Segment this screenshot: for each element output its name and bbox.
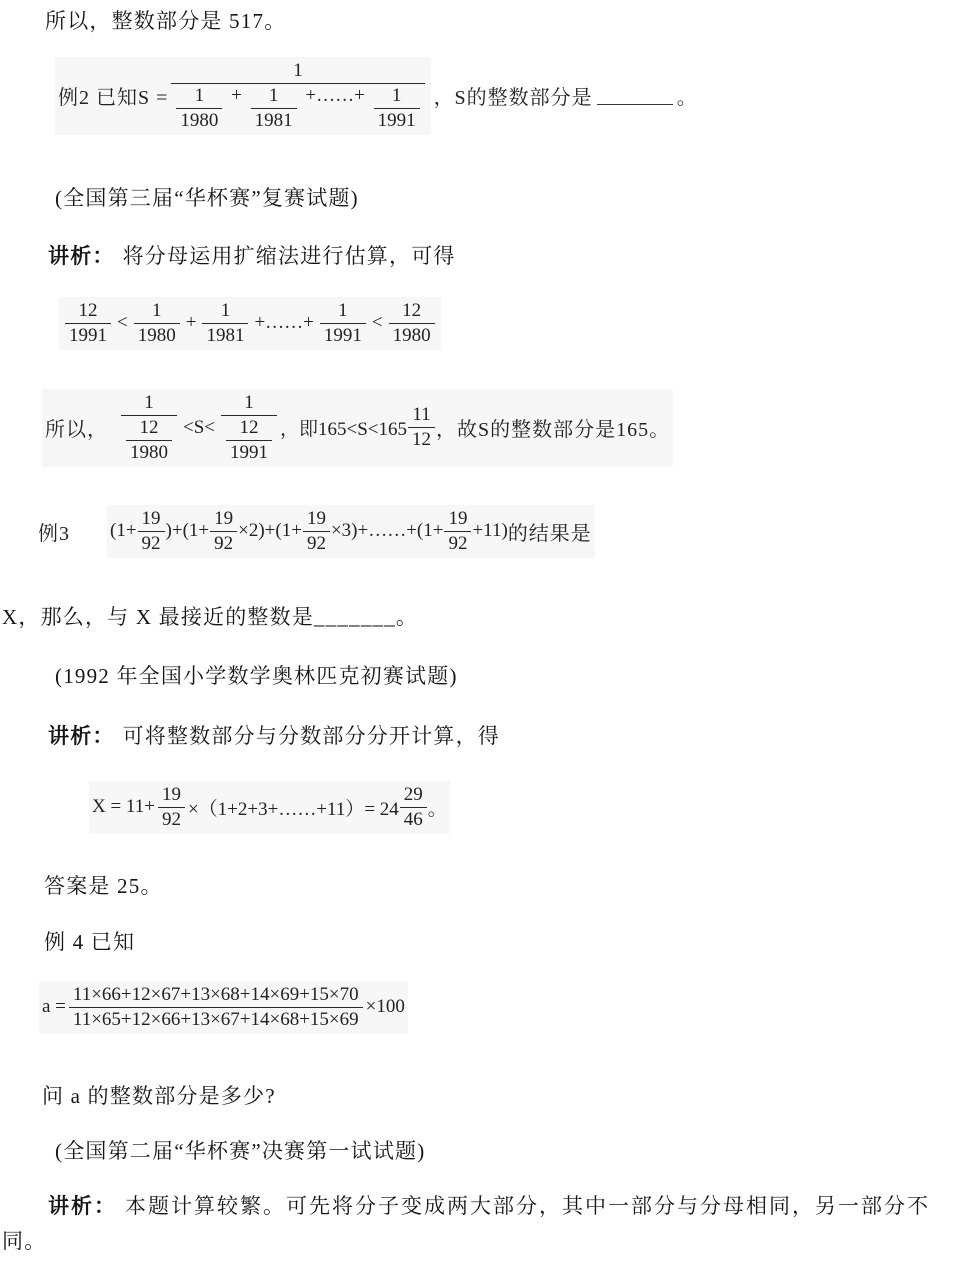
example2-source: (全国第三届“华杯赛”复赛试题)	[55, 185, 359, 211]
ellipsis-plus: +……+	[251, 312, 316, 334]
final-answer-text: ，故S的整数部分是165。	[436, 413, 670, 442]
continued-fraction-1: 1 12 1980	[121, 392, 177, 464]
inequality-formula: 12 1991 < 1 1980 + 1 1981 +……+ 1 1991 < …	[62, 300, 438, 347]
fraction-1-1981: 1 1981	[202, 300, 248, 347]
example2-question-text: ，S的整数部分是	[434, 81, 593, 110]
plus-sign: +	[228, 85, 245, 106]
less-than-sign: <	[114, 312, 131, 334]
period: 。	[677, 81, 698, 110]
less-than-sign: <	[369, 312, 386, 334]
example3-analysis-line: 讲析：可将整数部分与分数部分分开计算，得	[48, 723, 500, 749]
analysis-label: 讲析：	[48, 1194, 117, 1218]
inner-fraction-12-1980: 12 1980	[126, 417, 172, 464]
analysis-text: 本题计算较繁。可先将分子变成两大部分，其中一部分与分母相同，另一部分不	[125, 1194, 930, 1218]
big-fraction: 11×66+12×67+13×68+14×69+15×70 11×65+12×6…	[69, 984, 363, 1031]
mixed-fraction-11-12: 11 12	[408, 404, 435, 451]
example2-formula-line: 例2 已知S = 1 1 1980 + 1 1981 +……+ 1	[58, 60, 698, 132]
fraction-19-92: 19 92	[210, 508, 237, 555]
example3-wrap-line: X，那么，与 X 最接近的整数是_______。	[2, 604, 418, 630]
ellipsis-plus: +……+	[302, 85, 367, 106]
inner-fraction-12-1991: 12 1991	[226, 417, 272, 464]
example4-analysis-wrap: 同。	[2, 1228, 46, 1254]
fraction-29-46: 29 46	[400, 784, 427, 831]
example3-formula-image: (1+ 19 92 )+(1+ 19 92 ×2)+(1+ 19 92 ×3)+…	[110, 508, 592, 555]
fraction-19-92: 19 92	[444, 508, 471, 555]
example3-source: (1992 年全国小学数学奥林匹克初赛试题)	[55, 663, 458, 689]
example2-analysis-line: 讲析：将分母运用扩缩法进行估算，可得	[48, 243, 456, 269]
bounds-text: ，即165<S<165	[280, 414, 407, 441]
example4-question: 问 a 的整数部分是多少?	[42, 1083, 276, 1109]
fraction-1-1980: 1 1980	[134, 300, 180, 347]
fraction-1-1980: 1 1980	[176, 85, 222, 132]
fraction-19-92: 19 92	[158, 784, 185, 831]
example2-conclusion-formula: 所以， 1 12 1980 <S< 1 12 1991 ，即165<S<165 …	[45, 392, 670, 464]
less-s-less-text: <S<	[180, 417, 218, 439]
example4-source: (全国第二届“华杯赛”决赛第一试试题)	[55, 1138, 425, 1164]
result-is-text: 的结果是	[508, 517, 592, 546]
fraction-numerator: 1	[289, 60, 307, 83]
analysis-label: 讲析：	[48, 724, 115, 748]
fraction-1-1991: 1 1991	[374, 85, 420, 132]
fraction-1-1991: 1 1991	[320, 300, 366, 347]
example2-formula-image: 例2 已知S = 1 1 1980 + 1 1981 +……+ 1	[58, 60, 428, 132]
period: 。	[428, 794, 447, 821]
example2-label: 例2 已知S =	[58, 81, 168, 110]
example4-label: 例 4 已知	[44, 929, 135, 955]
analysis-label: 讲析：	[48, 244, 115, 268]
big-fraction-numerator: 11×66+12×67+13×68+14×69+15×70	[69, 984, 363, 1007]
analysis-text: 可将整数部分与分数部分分开计算，得	[123, 724, 500, 748]
therefore-text: 所以，	[45, 413, 108, 442]
answer-blank-underline	[597, 104, 673, 105]
big-fraction-denominator: 11×65+12×66+13×67+14×68+15×69	[69, 1007, 363, 1031]
x-calculation-formula: X = 11+ 19 92 ×（1+2+3+……+11）= 24 29 46 。	[92, 784, 447, 831]
times-100-text: ×100	[366, 996, 405, 1018]
fraction-denominator: 1 1980 + 1 1981 +……+ 1 1991	[171, 83, 424, 132]
fraction-19-92: 19 92	[303, 508, 330, 555]
example3-answer: 答案是 25。	[44, 873, 163, 899]
example4-analysis-line: 讲析：本题计算较繁。可先将分子变成两大部分，其中一部分与分母相同，另一部分不	[48, 1193, 930, 1219]
fraction-1-1981: 1 1981	[251, 85, 297, 132]
document-page: 所以，整数部分是 517。 例2 已知S = 1 1 1980 + 1 1981…	[0, 0, 968, 1262]
a-equals-text: a =	[42, 996, 66, 1018]
example4-formula: a = 11×66+12×67+13×68+14×69+15×70 11×65+…	[42, 984, 405, 1031]
plus-sign: +	[183, 312, 200, 334]
continued-fraction-2: 1 12 1991	[221, 392, 277, 464]
fraction-12-1980: 12 1980	[389, 300, 435, 347]
fraction-12-1991: 12 1991	[65, 300, 111, 347]
example3-formula-line: 例3 (1+ 19 92 )+(1+ 19 92 ×2)+(1+ 19 92 ×…	[38, 508, 592, 555]
fraction-main: 1 1 1980 + 1 1981 +……+ 1 1991	[171, 60, 424, 132]
intro-conclusion-line: 所以，整数部分是 517。	[45, 8, 286, 34]
fraction-19-92: 19 92	[138, 508, 165, 555]
analysis-text: 将分母运用扩缩法进行估算，可得	[123, 244, 456, 268]
example3-label: 例3	[38, 517, 70, 546]
